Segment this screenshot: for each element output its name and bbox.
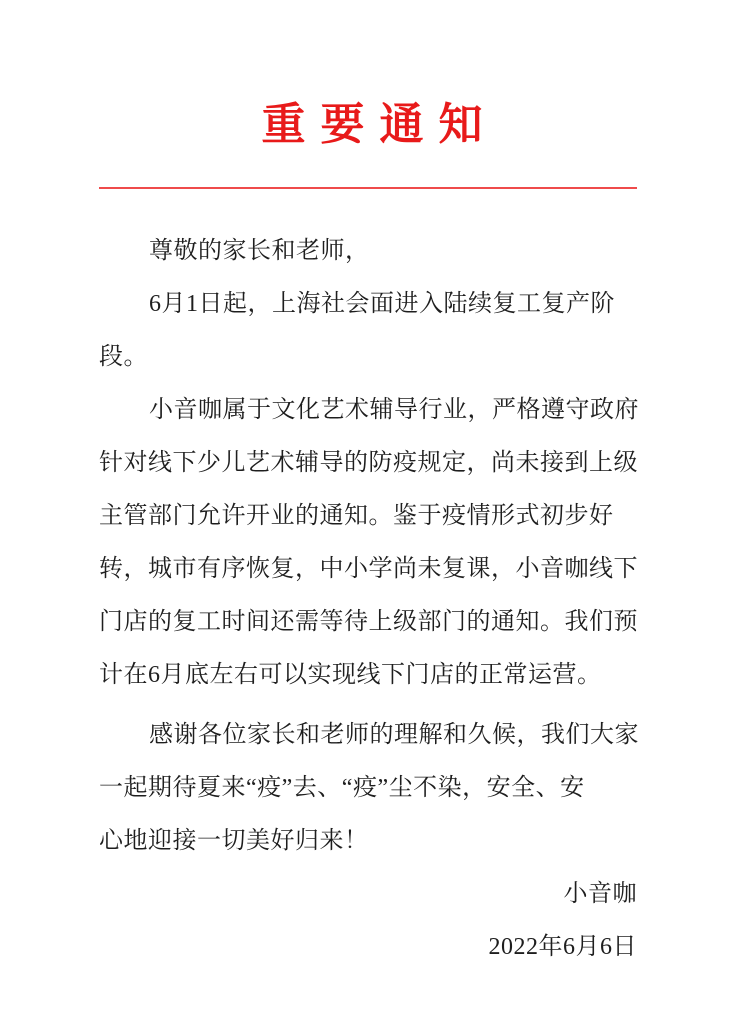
- body-line: 6月1日起，上海社会面进入陆续复工复产阶: [99, 278, 637, 331]
- body-line: 门店的复工时间还需等待上级部门的通知。我们预: [99, 596, 637, 649]
- signature: 小音咖: [99, 868, 637, 921]
- title-divider: [99, 187, 637, 189]
- body-line: 主管部门允许开业的通知。鉴于疫情形式初步好: [99, 490, 637, 543]
- body-line: 心地迎接一切美好归来！: [99, 815, 637, 868]
- body-line: 针对线下少儿艺术辅导的防疫规定，尚未接到上级: [99, 437, 637, 490]
- body-line: 转，城市有序恢复，中小学尚未复课，小音咖线下: [99, 543, 637, 596]
- body-line: 段。: [99, 331, 637, 384]
- notice-body: 尊敬的家长和老师，6月1日起，上海社会面进入陆续复工复产阶段。小音咖属于文化艺术…: [0, 225, 746, 868]
- body-line: 尊敬的家长和老师，: [99, 225, 637, 278]
- body-line: 一起期待夏来“疫”去、“疫”尘不染，安全、安: [99, 762, 637, 815]
- body-line: 感谢各位家长和老师的理解和久候，我们大家: [99, 709, 637, 762]
- body-line: 小音咖属于文化艺术辅导行业，严格遵守政府: [99, 384, 637, 437]
- notice-date: 2022年6月6日: [99, 921, 637, 974]
- body-line: 计在6月底左右可以实现线下门店的正常运营。: [99, 649, 637, 702]
- notice-document: 重 要 通 知 尊敬的家长和老师，6月1日起，上海社会面进入陆续复工复产阶段。小…: [0, 0, 746, 1024]
- notice-title: 重 要 通 知: [0, 0, 746, 157]
- signature-block: 小音咖 2022年6月6日: [0, 868, 746, 974]
